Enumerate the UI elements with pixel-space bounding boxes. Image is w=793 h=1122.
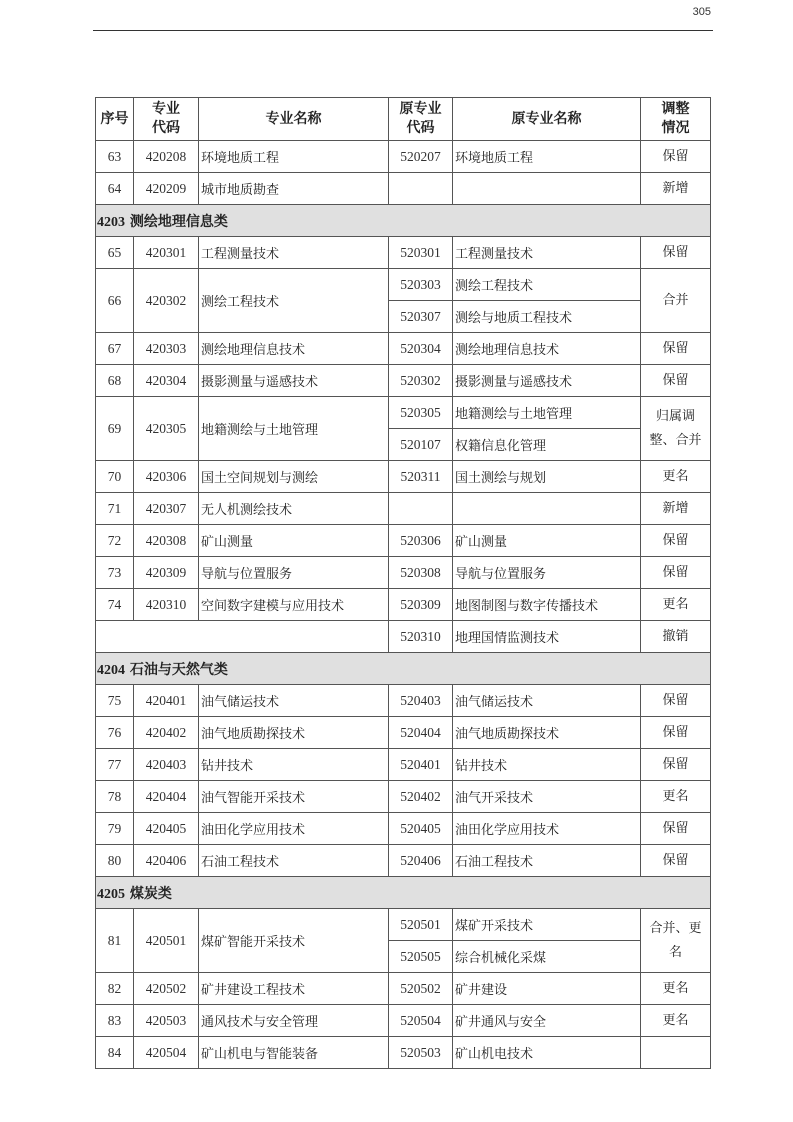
orig-name-cell: 摄影测量与遥感技术 [453,365,641,397]
header-text: 情况 [641,119,710,138]
orig-name-cell: 导航与位置服务 [453,557,641,589]
category-name: 煤炭类 [130,886,172,902]
table-row: 72420308矿山测量520306矿山测量保留 [96,525,711,557]
adjust-cell: 保留 [641,557,711,589]
adjust-cell: 更名 [641,461,711,493]
name-cell: 矿井建设工程技术 [199,973,389,1005]
adjust-cell: 保留 [641,749,711,781]
code-cell: 420403 [134,749,199,781]
table-row: 65420301工程测量技术520301工程测量技术保留 [96,237,711,269]
name-cell: 摄影测量与遥感技术 [199,365,389,397]
code-cell: 420306 [134,461,199,493]
orig-code-cell: 520310 [389,621,453,653]
seq-cell: 84 [96,1037,134,1069]
orig-code-cell: 520301 [389,237,453,269]
orig-name-cell: 测绘地理信息技术 [453,333,641,365]
orig-name-cell: 油气地质勘探技术 [453,717,641,749]
orig-code-cell: 520307 [389,301,453,333]
code-cell: 420503 [134,1005,199,1037]
category-row: 4203 测绘地理信息类 [96,205,711,237]
name-cell: 地籍测绘与土地管理 [199,397,389,461]
category-cell: 4204 石油与天然气类 [96,653,711,685]
code-cell: 420402 [134,717,199,749]
table-row: 80420406石油工程技术520406石油工程技术保留 [96,845,711,877]
name-cell: 无人机测绘技术 [199,493,389,525]
orig-code-cell: 520309 [389,589,453,621]
seq-cell: 68 [96,365,134,397]
orig-name-cell [453,493,641,525]
category-code: 4205 [97,887,125,902]
table-row: 83420503通风技术与安全管理520504矿井通风与安全更名 [96,1005,711,1037]
seq-cell: 83 [96,1005,134,1037]
name-cell: 空间数字建模与应用技术 [199,589,389,621]
orig-code-cell: 520107 [389,429,453,461]
header-rule [93,30,713,31]
table-row: 74420310空间数字建模与应用技术520309地图制图与数字传播技术更名 [96,589,711,621]
code-cell: 420501 [134,909,199,973]
table-row: 70420306国土空间规划与测绘520311国土测绘与规划更名 [96,461,711,493]
seq-cell: 76 [96,717,134,749]
name-cell: 通风技术与安全管理 [199,1005,389,1037]
orig-name-cell: 测绘与地质工程技术 [453,301,641,333]
header-text: 原专业名称 [453,110,640,129]
code-cell: 420401 [134,685,199,717]
orig-code-cell: 520502 [389,973,453,1005]
adjust-cell: 合并、更名 [641,909,711,973]
header-orig-name: 原专业名称 [453,98,641,141]
category-row: 4205 煤炭类 [96,877,711,909]
category-name: 石油与天然气类 [130,662,228,678]
header-adjust: 调整情况 [641,98,711,141]
name-cell: 煤矿智能开采技术 [199,909,389,973]
name-cell: 矿山测量 [199,525,389,557]
category-code: 4204 [97,663,125,678]
name-cell: 导航与位置服务 [199,557,389,589]
seq-cell: 75 [96,685,134,717]
adjust-cell: 保留 [641,525,711,557]
code-cell: 420305 [134,397,199,461]
orig-code-cell: 520207 [389,141,453,173]
adjust-cell: 保留 [641,685,711,717]
header-text: 原专业 [389,100,452,119]
name-cell: 测绘地理信息技术 [199,333,389,365]
code-cell: 420303 [134,333,199,365]
adjust-cell: 更名 [641,781,711,813]
orig-code-cell: 520505 [389,941,453,973]
orig-name-cell: 煤矿开采技术 [453,909,641,941]
orig-name-cell: 钻井技术 [453,749,641,781]
orig-code-cell: 520304 [389,333,453,365]
orig-code-cell: 520401 [389,749,453,781]
table-row: 75420401油气储运技术520403油气储运技术保留 [96,685,711,717]
orig-code-cell: 520504 [389,1005,453,1037]
orig-name-cell: 综合机械化采煤 [453,941,641,973]
orig-code-cell: 520501 [389,909,453,941]
header-text: 专业名称 [199,110,388,129]
name-cell: 矿山机电与智能装备 [199,1037,389,1069]
table-row: 66420302测绘工程技术520303测绘工程技术合并 [96,269,711,301]
table-row: 64420209城市地质勘查新增 [96,173,711,205]
code-cell: 420404 [134,781,199,813]
table-header-row: 序号专业代码专业名称原专业代码原专业名称调整情况 [96,98,711,141]
table-row: 68420304摄影测量与遥感技术520302摄影测量与遥感技术保留 [96,365,711,397]
major-adjustment-table: 序号专业代码专业名称原专业代码原专业名称调整情况 63420208环境地质工程5… [95,97,711,1069]
code-cell: 420405 [134,813,199,845]
orig-name-cell: 矿山机电技术 [453,1037,641,1069]
orig-name-cell: 测绘工程技术 [453,269,641,301]
category-name: 测绘地理信息类 [130,214,228,230]
table-row: 84420504矿山机电与智能装备520503矿山机电技术 [96,1037,711,1069]
seq-cell: 77 [96,749,134,781]
empty-cell [96,621,389,653]
code-cell: 420504 [134,1037,199,1069]
orig-code-cell: 520311 [389,461,453,493]
code-cell: 420209 [134,173,199,205]
orig-code-cell: 520303 [389,269,453,301]
adjust-cell: 保留 [641,845,711,877]
header-name: 专业名称 [199,98,389,141]
table-row: 67420303测绘地理信息技术520304测绘地理信息技术保留 [96,333,711,365]
orig-name-cell: 地理国情监测技术 [453,621,641,653]
header-code: 专业代码 [134,98,199,141]
name-cell: 油田化学应用技术 [199,813,389,845]
table-row: 78420404油气智能开采技术520402油气开采技术更名 [96,781,711,813]
table-row: 73420309导航与位置服务520308导航与位置服务保留 [96,557,711,589]
table-row: 82420502矿井建设工程技术520502矿井建设更名 [96,973,711,1005]
adjust-cell: 合并 [641,269,711,333]
seq-cell: 79 [96,813,134,845]
orig-name-cell: 地图制图与数字传播技术 [453,589,641,621]
seq-cell: 74 [96,589,134,621]
seq-cell: 66 [96,269,134,333]
orig-name-cell: 矿山测量 [453,525,641,557]
adjust-cell: 更名 [641,589,711,621]
seq-cell: 70 [96,461,134,493]
name-cell: 油气智能开采技术 [199,781,389,813]
orig-code-cell: 520404 [389,717,453,749]
adjust-cell [641,1037,711,1069]
code-cell: 420502 [134,973,199,1005]
name-cell: 钻井技术 [199,749,389,781]
header-text: 代码 [134,119,198,138]
orig-code-cell: 520402 [389,781,453,813]
header-orig-code: 原专业代码 [389,98,453,141]
adjust-cell: 新增 [641,493,711,525]
header-text: 专业 [134,100,198,119]
header-text: 调整 [641,100,710,119]
seq-cell: 78 [96,781,134,813]
header-text: 序号 [96,110,133,129]
orig-code-cell: 520306 [389,525,453,557]
table-row: 63420208环境地质工程520207环境地质工程保留 [96,141,711,173]
seq-cell: 82 [96,973,134,1005]
code-cell: 420301 [134,237,199,269]
adjust-cell: 保留 [641,813,711,845]
name-cell: 环境地质工程 [199,141,389,173]
adjust-cell: 归属调整、合并 [641,397,711,461]
orig-code-cell: 520302 [389,365,453,397]
table-row: 71420307无人机测绘技术新增 [96,493,711,525]
code-cell: 420307 [134,493,199,525]
seq-cell: 67 [96,333,134,365]
adjust-cell: 保留 [641,141,711,173]
orig-code-cell: 520305 [389,397,453,429]
orig-name-cell: 矿井通风与安全 [453,1005,641,1037]
category-code: 4203 [97,215,125,230]
adjust-cell: 撤销 [641,621,711,653]
orig-name-cell: 地籍测绘与土地管理 [453,397,641,429]
name-cell: 油气储运技术 [199,685,389,717]
adjust-cell: 保留 [641,365,711,397]
adjust-cell: 保留 [641,237,711,269]
code-cell: 420302 [134,269,199,333]
seq-cell: 64 [96,173,134,205]
adjust-cell: 新增 [641,173,711,205]
orig-name-cell: 油气储运技术 [453,685,641,717]
orig-name-cell: 权籍信息化管理 [453,429,641,461]
table-body: 63420208环境地质工程520207环境地质工程保留64420209城市地质… [96,141,711,1069]
name-cell: 测绘工程技术 [199,269,389,333]
orig-name-cell: 油田化学应用技术 [453,813,641,845]
seq-cell: 65 [96,237,134,269]
name-cell: 石油工程技术 [199,845,389,877]
orig-name-cell: 环境地质工程 [453,141,641,173]
code-cell: 420406 [134,845,199,877]
name-cell: 国土空间规划与测绘 [199,461,389,493]
adjust-cell: 更名 [641,1005,711,1037]
table-row: 81420501煤矿智能开采技术520501煤矿开采技术合并、更名 [96,909,711,941]
orig-name-cell: 国土测绘与规划 [453,461,641,493]
orig-code-cell: 520308 [389,557,453,589]
orig-code-cell: 520503 [389,1037,453,1069]
category-row: 4204 石油与天然气类 [96,653,711,685]
seq-cell: 72 [96,525,134,557]
orig-code-cell: 520406 [389,845,453,877]
code-cell: 420304 [134,365,199,397]
code-cell: 420310 [134,589,199,621]
category-cell: 4203 测绘地理信息类 [96,205,711,237]
adjust-cell: 保留 [641,333,711,365]
code-cell: 420208 [134,141,199,173]
orig-name-cell [453,173,641,205]
orig-code-cell: 520403 [389,685,453,717]
code-cell: 420308 [134,525,199,557]
orig-code-cell: 520405 [389,813,453,845]
seq-cell: 69 [96,397,134,461]
table-row: 79420405油田化学应用技术520405油田化学应用技术保留 [96,813,711,845]
page-number: 305 [693,6,711,18]
orig-name-cell: 油气开采技术 [453,781,641,813]
orig-name-cell: 矿井建设 [453,973,641,1005]
orig-code-cell [389,173,453,205]
orig-name-cell: 石油工程技术 [453,845,641,877]
seq-cell: 73 [96,557,134,589]
table-row: 77420403钻井技术520401钻井技术保留 [96,749,711,781]
seq-cell: 71 [96,493,134,525]
seq-cell: 80 [96,845,134,877]
orig-code-cell [389,493,453,525]
code-cell: 420309 [134,557,199,589]
seq-cell: 81 [96,909,134,973]
name-cell: 油气地质勘探技术 [199,717,389,749]
table-row: 76420402油气地质勘探技术520404油气地质勘探技术保留 [96,717,711,749]
name-cell: 城市地质勘查 [199,173,389,205]
header-text: 代码 [389,119,452,138]
adjust-cell: 更名 [641,973,711,1005]
orig-name-cell: 工程测量技术 [453,237,641,269]
name-cell: 工程测量技术 [199,237,389,269]
header-seq: 序号 [96,98,134,141]
adjust-cell: 保留 [641,717,711,749]
category-cell: 4205 煤炭类 [96,877,711,909]
seq-cell: 63 [96,141,134,173]
table-row: 69420305地籍测绘与土地管理520305地籍测绘与土地管理归属调整、合并 [96,397,711,429]
table-row: 520310地理国情监测技术撤销 [96,621,711,653]
